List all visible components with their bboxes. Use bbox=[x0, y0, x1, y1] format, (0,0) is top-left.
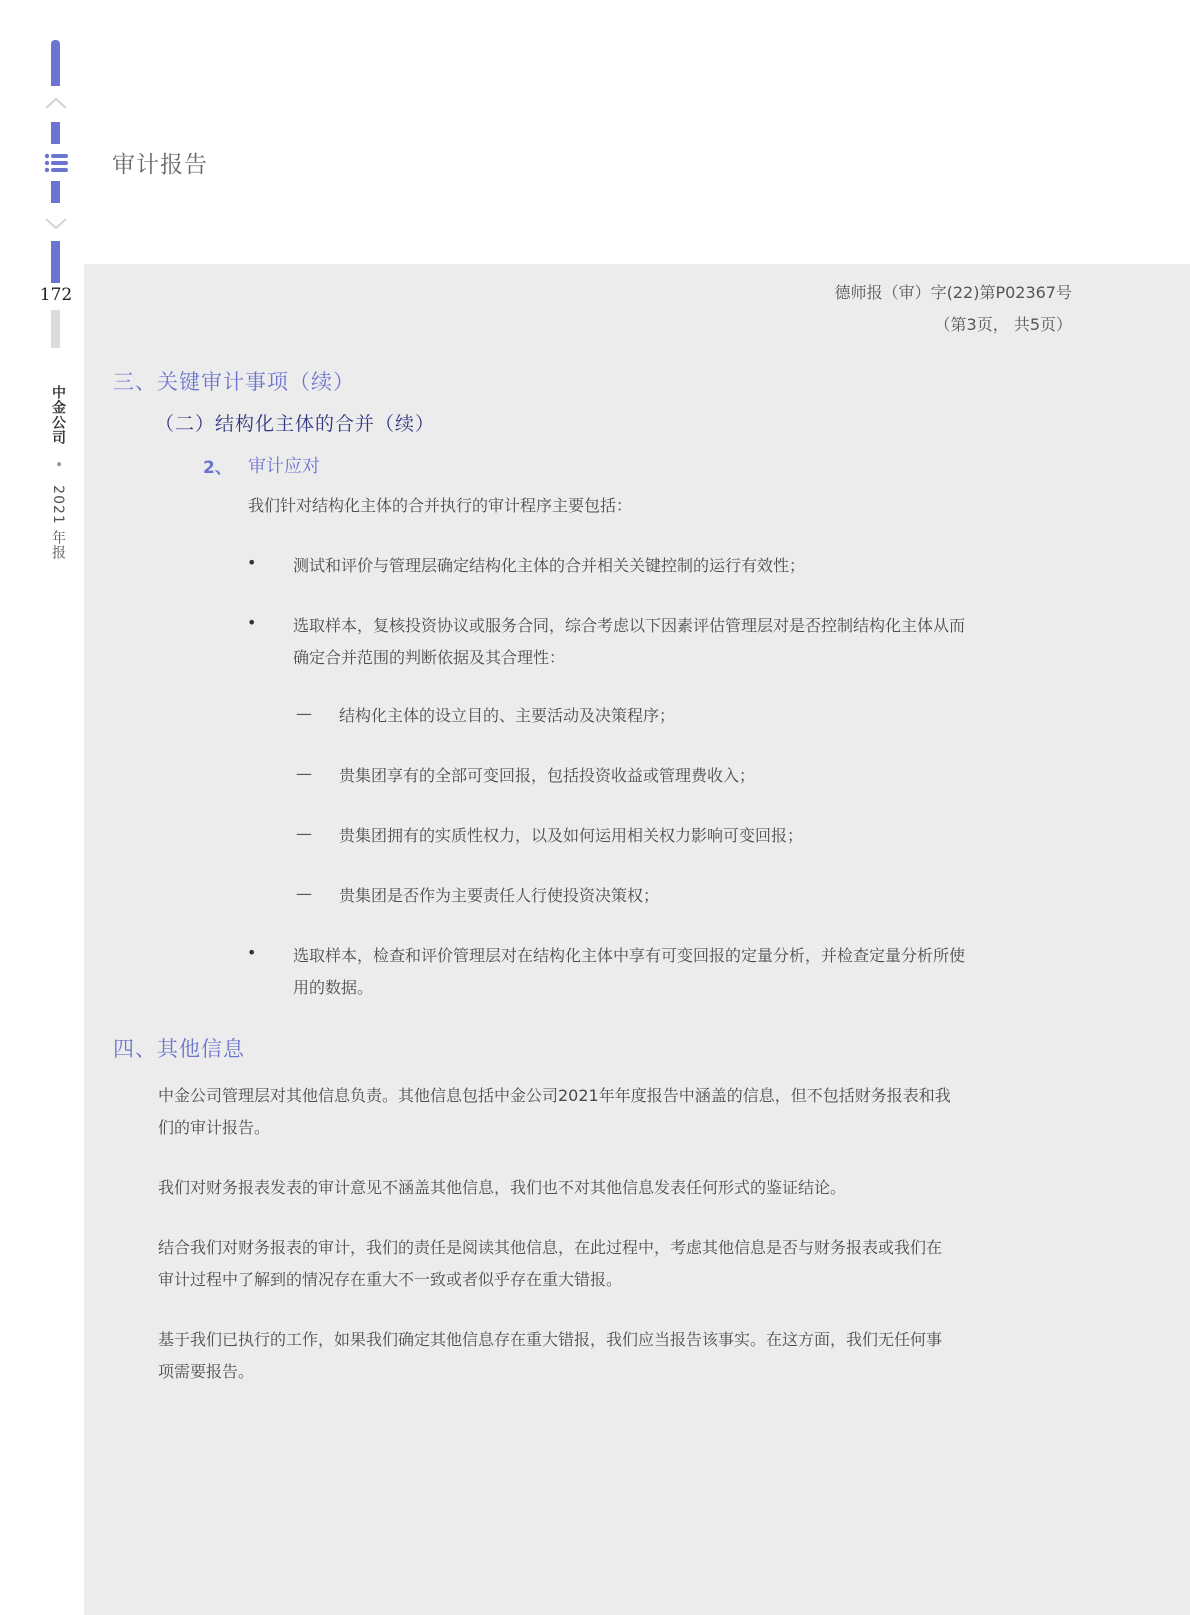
dash-marker: — bbox=[296, 704, 312, 723]
bullet-text: 确定合并范围的判断依据及其合理性： bbox=[293, 642, 565, 674]
separator-dot: • bbox=[50, 460, 66, 469]
subsection-heading: （二）结构化主体的合并（续） bbox=[155, 409, 435, 436]
progress-bar-segment bbox=[51, 181, 60, 203]
progress-bar-remaining bbox=[51, 310, 60, 348]
sub-item-text: 结构化主体的设立目的、主要活动及决策程序； bbox=[339, 700, 675, 732]
dash-marker: — bbox=[296, 824, 312, 843]
side-navigation: 172 中金公司 • 2021 年报 bbox=[0, 0, 84, 1615]
vertical-caption: 中金公司 • 2021 年报 bbox=[48, 385, 68, 560]
bullet-text: 用的数据。 bbox=[293, 972, 373, 1004]
progress-bar-segment bbox=[51, 241, 60, 283]
report-reference-number: 德师报（审）字(22)第P02367号 bbox=[835, 280, 1072, 303]
paragraph: 我们对财务报表发表的审计意见不涵盖其他信息，我们也不对其他信息发表任何形式的鉴证… bbox=[158, 1172, 846, 1204]
paragraph: 结合我们对财务报表的审计，我们的责任是阅读其他信息，在此过程中，考虑其他信息是否… bbox=[158, 1232, 942, 1264]
page-indicator: （第3页， 共5页） bbox=[935, 312, 1072, 335]
year-label: 2021 年报 bbox=[50, 485, 66, 560]
page-number: 172 bbox=[38, 285, 74, 305]
paragraph: 中金公司管理层对其他信息负责。其他信息包括中金公司2021年年度报告中涵盖的信息… bbox=[158, 1080, 951, 1112]
paragraph: 审计过程中了解到的情况存在重大不一致或者似乎存在重大错报。 bbox=[158, 1264, 622, 1296]
item-title: 审计应对 bbox=[248, 452, 320, 478]
paragraph: 们的审计报告。 bbox=[158, 1112, 270, 1144]
dash-marker: — bbox=[296, 884, 312, 903]
bullet-marker: • bbox=[247, 943, 256, 962]
progress-bar-segment bbox=[51, 40, 60, 86]
item-number: 2、 bbox=[203, 453, 232, 478]
dash-marker: — bbox=[296, 764, 312, 783]
section-heading-key-audit-matters: 三、关键审计事项（续） bbox=[113, 366, 355, 396]
chevron-down-icon[interactable] bbox=[44, 217, 68, 231]
sub-item-text: 贵集团拥有的实质性权力，以及如何运用相关权力影响可变回报； bbox=[339, 820, 803, 852]
chevron-up-icon[interactable] bbox=[44, 96, 68, 110]
list-icon[interactable] bbox=[44, 153, 70, 173]
company-name: 中金公司 bbox=[50, 385, 66, 445]
paragraph: 项需要报告。 bbox=[158, 1356, 254, 1388]
paragraph: 基于我们已执行的工作，如果我们确定其他信息存在重大错报，我们应当报告该事实。在这… bbox=[158, 1324, 942, 1356]
bullet-text: 测试和评价与管理层确定结构化主体的合并相关关键控制的运行有效性； bbox=[293, 550, 805, 582]
intro-paragraph: 我们针对结构化主体的合并执行的审计程序主要包括： bbox=[248, 490, 632, 522]
bullet-marker: • bbox=[247, 613, 256, 632]
bullet-text: 选取样本，检查和评价管理层对在结构化主体中享有可变回报的定量分析，并检查定量分析… bbox=[293, 940, 965, 972]
sub-item-text: 贵集团享有的全部可变回报，包括投资收益或管理费收入； bbox=[339, 760, 755, 792]
progress-bar-segment bbox=[51, 122, 60, 144]
bullet-text: 选取样本，复核投资协议或服务合同，综合考虑以下因素评估管理层对是否控制结构化主体… bbox=[293, 610, 965, 642]
section-heading-other-information: 四、其他信息 bbox=[113, 1033, 245, 1063]
page-title: 审计报告 bbox=[112, 146, 208, 179]
sub-item-text: 贵集团是否作为主要责任人行使投资决策权； bbox=[339, 880, 659, 912]
bullet-marker: • bbox=[247, 553, 256, 572]
